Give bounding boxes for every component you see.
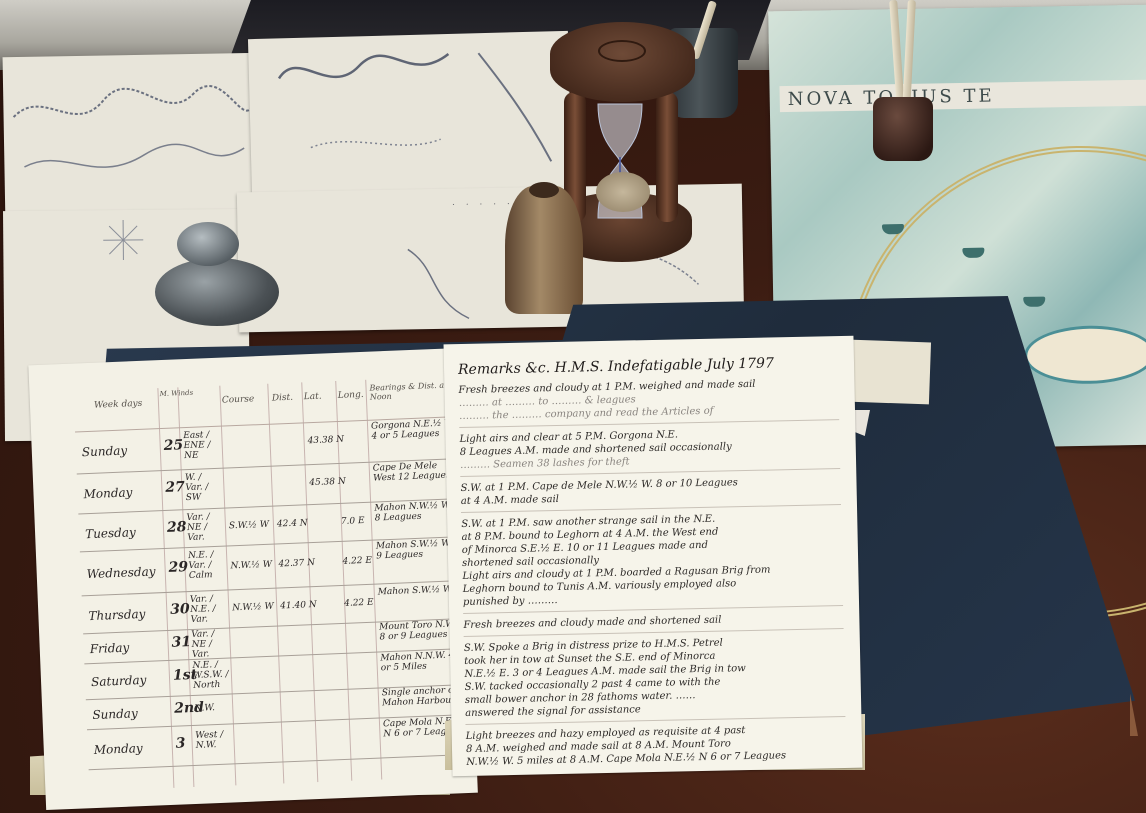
logbook-left-page: Week days M. Winds Course Dist. Lat. Lon… [28,348,478,810]
header-long: Long. [338,390,364,401]
logbook-right-page: Remarks &c. H.M.S. Indefatigable July 17… [444,336,863,776]
row-long: 7.0 E [341,516,365,527]
row-day: Sunday [82,443,128,459]
row-winds: N.E. / Var. / Calm [188,550,225,581]
row-date: 25 [163,437,183,454]
hourglass-top-inlay [598,40,646,62]
row-day: Tuesday [85,525,136,541]
header-week-days: Week days [94,399,143,411]
row-long: 43.38 N [307,435,344,446]
nautical-chart-sheet [3,53,264,227]
remarks-title: Remarks &c. H.M.S. Indefatigable July 17… [458,354,838,378]
row-lat: 42.37 N [278,558,315,569]
row-course: S.W.½ W [229,520,269,532]
row-date: 27 [165,479,185,496]
header-course: Course [222,394,255,405]
row-course: N.W.½ W [232,602,274,614]
row-date: 31 [171,634,191,651]
row-bearings: Gorgona N.E.½ W. 4 or 5 Leagues [371,418,456,441]
row-long: 45.38 N [309,477,346,488]
row-day: Wednesday [86,564,155,581]
row-lat: 42.4 N [277,518,308,529]
seal-base [155,258,279,326]
row-winds: Var. / N.E. / Var. [190,594,227,625]
row-date: 28 [167,519,187,536]
row-winds: West / N.W. [195,729,232,750]
hourglass-column [656,92,678,222]
row-day: Thursday [88,607,146,623]
nautical-chart-sheet [248,31,572,199]
header-lat: Lat. [304,392,322,403]
row-lat: 41.40 N [280,600,317,611]
pewter-desk-seal [155,222,279,328]
row-day: Saturday [91,673,147,689]
row-long: 4.22 E [344,598,374,609]
row-winds: N.E. / W.S.W. / North [192,660,229,691]
remarks-section: Remarks &c. H.M.S. Indefatigable July 17… [458,354,846,769]
seal-knob [177,222,239,266]
log-table: Week days M. Winds Course Dist. Lat. Lon… [73,376,471,791]
row-winds: Var. / NE / Var. [186,512,223,543]
row-course: N.W.½ W [230,560,272,572]
header-dist: Dist. [272,393,294,404]
hourglass-sand [596,172,650,212]
header-bearings: Bearings & Dist. at Noon [369,380,454,401]
row-winds: N.W. [194,703,215,714]
row-date: 29 [168,559,188,576]
row-winds: East / ENE / NE [183,430,220,461]
quill-holder [873,97,933,161]
row-day: Monday [83,485,132,501]
logbook-photo: · · · · · B A Y NOVA TOTIUS TE [0,0,1146,813]
row-date: 30 [170,601,190,618]
stoneware-ink-bottle [505,186,583,314]
row-day: Friday [90,641,130,657]
row-day: Monday [94,741,143,757]
hourglass-top [550,22,695,102]
row-day: Sunday [92,706,138,722]
row-winds: Var. / NE / Var. [191,629,228,660]
row-winds: W. / Var. / SW [185,472,222,503]
row-date: 3 [175,735,185,751]
ink-bottle-neck [529,182,559,198]
row-long: 4.22 E [342,556,372,567]
row-bearings: Cape De Mele West 12 Leagues [373,460,458,483]
header-winds: M. Winds [159,389,193,398]
